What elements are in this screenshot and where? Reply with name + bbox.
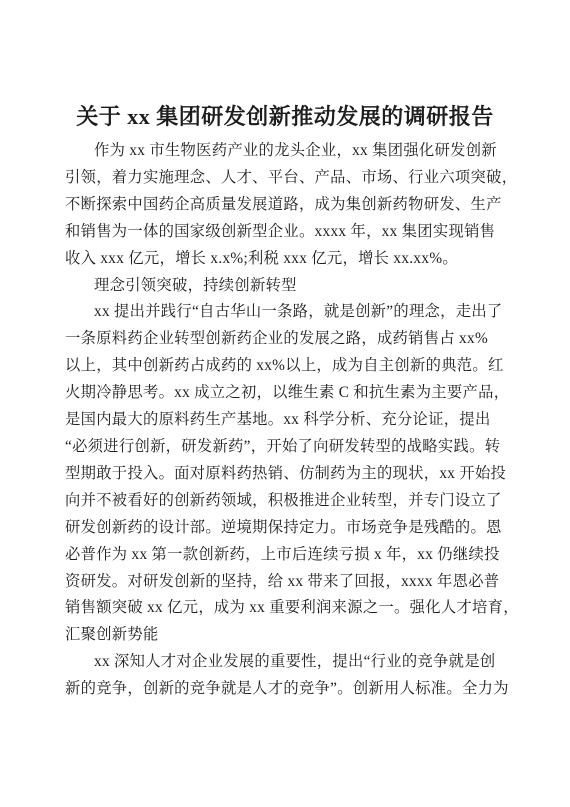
document-body: 作为 xx 市生物医药产业的龙头企业，xx 集团强化研发创新引领，着力实施理念、… [65, 138, 505, 703]
text-line: 销售额突破 xx 亿元，成为 xx 重要利润来源之一。强化人才培育， [65, 595, 505, 622]
text-line: 火期冷静思考。xx 成立之初，以维生素 C 和抗生素为主要产品， [65, 380, 505, 407]
text-line: xx 深知人才对企业发展的重要性，提出“行业的竞争就是创 [65, 649, 505, 676]
text-line: 汇聚创新势能 [65, 622, 505, 649]
document-title: 关于 xx 集团研发创新推动发展的调研报告 [65, 102, 505, 132]
text-line: 资研发。对研发创新的坚持，给 xx 带来了回报，xxxx 年恩必普 [65, 569, 505, 596]
text-line: “必须进行创新，研发新药”，开始了向研发转型的战略实践。转 [65, 434, 505, 461]
text-line: 新的竞争，创新的竞争就是人才的竞争”。创新用人标准。全力为 [65, 676, 505, 703]
text-line: 必普作为 xx 第一款创新药，上市后连续亏损 x 年，xx 仍继续投 [65, 542, 505, 569]
text-line: 收入 xxx 亿元，增长 x.x%;利税 xxx 亿元，增长 xx.xx%。 [65, 246, 505, 273]
text-line: 向并不被看好的创新药领域，积极推进企业转型，并专门设立了 [65, 488, 505, 515]
text-line: 作为 xx 市生物医药产业的龙头企业，xx 集团强化研发创新 [65, 138, 505, 165]
text-line: 引领，着力实施理念、人才、平台、产品、市场、行业六项突破， [65, 165, 505, 192]
text-line: 研发创新药的设计部。逆境期保持定力。市场竞争是残酷的。恩 [65, 515, 505, 542]
text-line: 是国内最大的原料药生产基地。xx 科学分析、充分论证，提出 [65, 407, 505, 434]
document-page: 关于 xx 集团研发创新推动发展的调研报告 作为 xx 市生物医药产业的龙头企业… [0, 0, 570, 807]
text-line: 以上，其中创新药占成药的 xx%以上，成为自主创新的典范。红 [65, 353, 505, 380]
text-line: xx 提出并践行“自古华山一条路，就是创新”的理念，走出了 [65, 299, 505, 326]
text-line: 不断探索中国药企高质量发展道路，成为集创新药物研发、生产 [65, 192, 505, 219]
text-line: 型期敢于投入。面对原料药热销、仿制药为主的现状，xx 开始投 [65, 461, 505, 488]
text-line: 理念引领突破，持续创新转型 [65, 273, 505, 300]
text-line: 一条原料药企业转型创新药企业的发展之路，成药销售占 xx% [65, 326, 505, 353]
text-line: 和销售为一体的国家级创新型企业。xxxx 年，xx 集团实现销售 [65, 219, 505, 246]
